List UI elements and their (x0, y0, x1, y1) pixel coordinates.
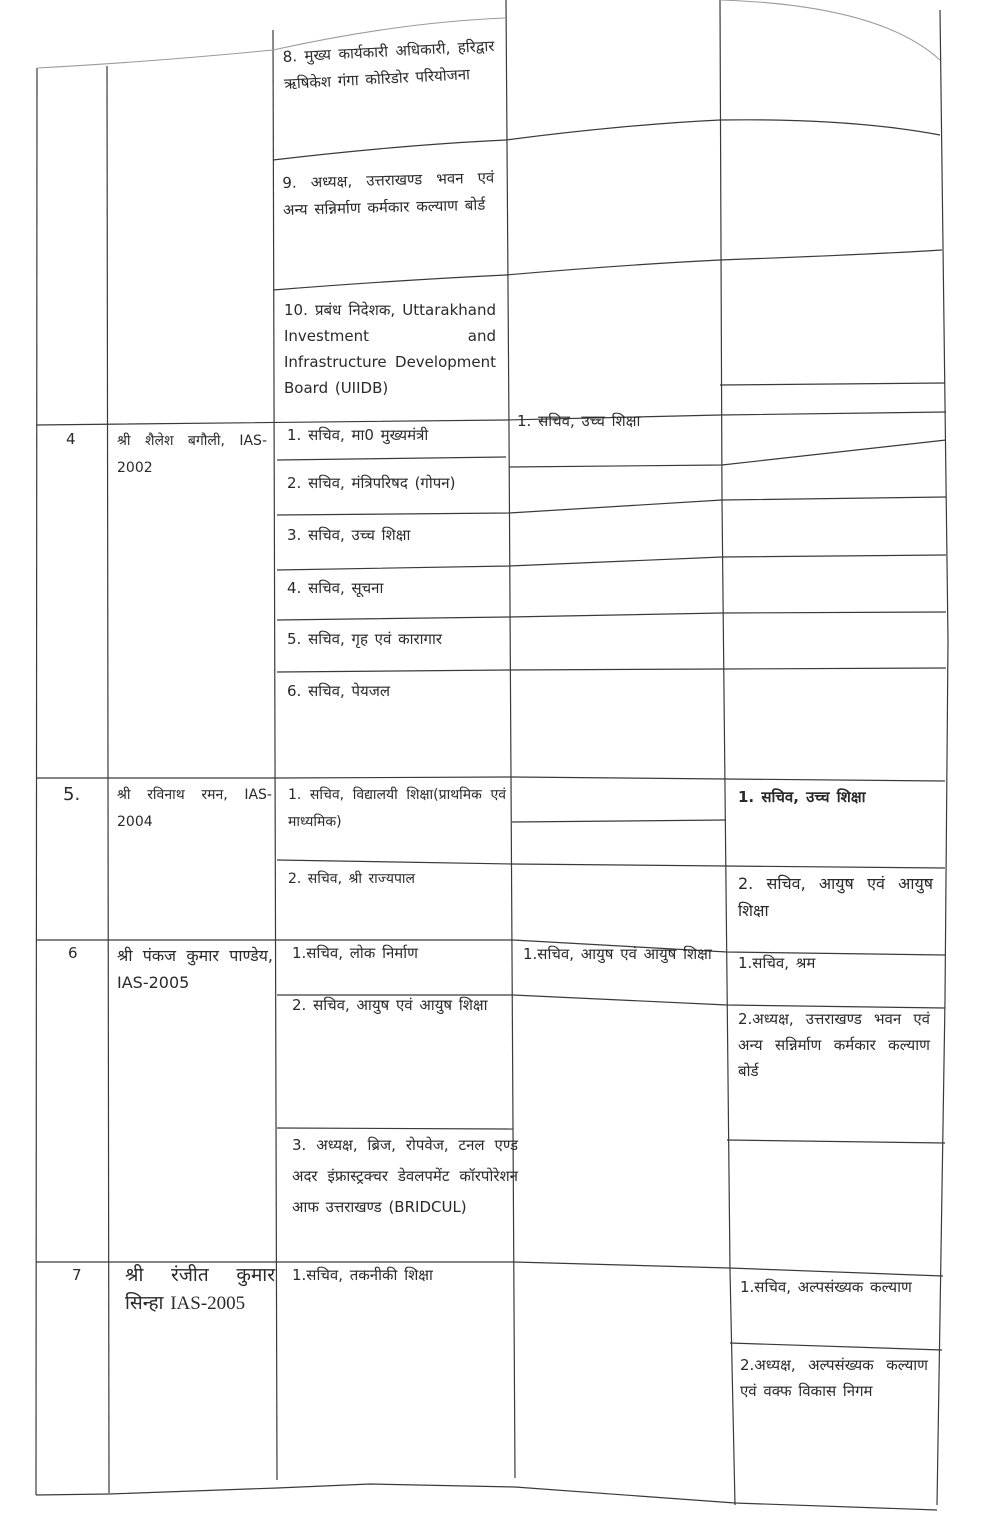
serial-number: 6 (68, 944, 78, 962)
current-post-cell: 9. अध्यक्ष, उत्तराखण्ड भवन एवं अन्य सन्न… (282, 164, 495, 224)
added-post-cell: 1.सचिव, श्रम (738, 950, 933, 977)
current-post-cell: 3. अध्यक्ष, ब्रिज, रोपवेज, टनल एण्ड अदर … (292, 1130, 518, 1223)
current-post-cell: 8. मुख्य कार्यकारी अधिकारी, हरिद्वार ऋषि… (282, 33, 497, 98)
current-post-cell: 4. सचिव, सूचना (287, 575, 502, 602)
current-post-cell: 1.सचिव, तकनीकी शिक्षा (292, 1262, 506, 1289)
officer-name: श्री रविनाथ रमन, IAS-2004 (117, 782, 272, 836)
removed-post-cell: 1.सचिव, आयुष एवं आयुष शिक्षा (523, 942, 723, 966)
current-post-cell: 1. सचिव, विद्यालयी शिक्षा(प्राथमिक एवं म… (288, 782, 506, 836)
current-post-cell: 6. सचिव, पेयजल (287, 678, 502, 705)
added-post-cell: 2.अध्यक्ष, उत्तराखण्ड भवन एवं अन्य सन्नि… (738, 1006, 930, 1084)
added-post-cell: 1. सचिव, उच्च शिक्षा (738, 784, 933, 811)
current-post-cell: 1.सचिव, लोक निर्माण (292, 940, 506, 967)
current-post-cell: 3. सचिव, उच्च शिक्षा (287, 522, 502, 549)
added-post-cell: 1.सचिव, अल्पसंख्यक कल्याण (740, 1275, 928, 1299)
officer-name: श्री पंकज कुमार पाण्डेय, IAS-2005 (117, 942, 273, 996)
serial-number: 4 (66, 430, 76, 448)
current-post-cell: 2. सचिव, आयुष एवं आयुष शिक्षा (292, 993, 506, 1017)
officer-name: श्री रंजीत कुमार सिन्हा IAS-2005 (125, 1262, 275, 1318)
current-post-cell: 1. सचिव, मा0 मुख्यमंत्री (287, 422, 502, 449)
current-post-cell: 2. सचिव, श्री राज्यपाल (288, 866, 506, 893)
added-post-cell: 2.अध्यक्ष, अल्पसंख्यक कल्याण एवं वक्फ वि… (740, 1352, 928, 1404)
removed-post-cell: 1. सचिव, उच्च शिक्षा (517, 408, 717, 435)
current-post-cell: 2. सचिव, मंत्रिपरिषद (गोपन) (287, 470, 502, 497)
serial-number: 7 (72, 1266, 82, 1284)
officer-name: श्री शैलेश बगौली, IAS-2002 (117, 428, 267, 482)
current-post-cell: 5. सचिव, गृह एवं कारागार (287, 626, 502, 653)
serial-number: 5. (63, 784, 80, 805)
current-post-cell: 10. प्रबंध निदेशक, Uttarakhand Investmen… (284, 297, 496, 401)
scanned-document-page: 8. मुख्य कार्यकारी अधिकारी, हरिद्वार ऋषि… (0, 0, 998, 1520)
added-post-cell: 2. सचिव, आयुष एवं आयुष शिक्षा (738, 870, 933, 924)
